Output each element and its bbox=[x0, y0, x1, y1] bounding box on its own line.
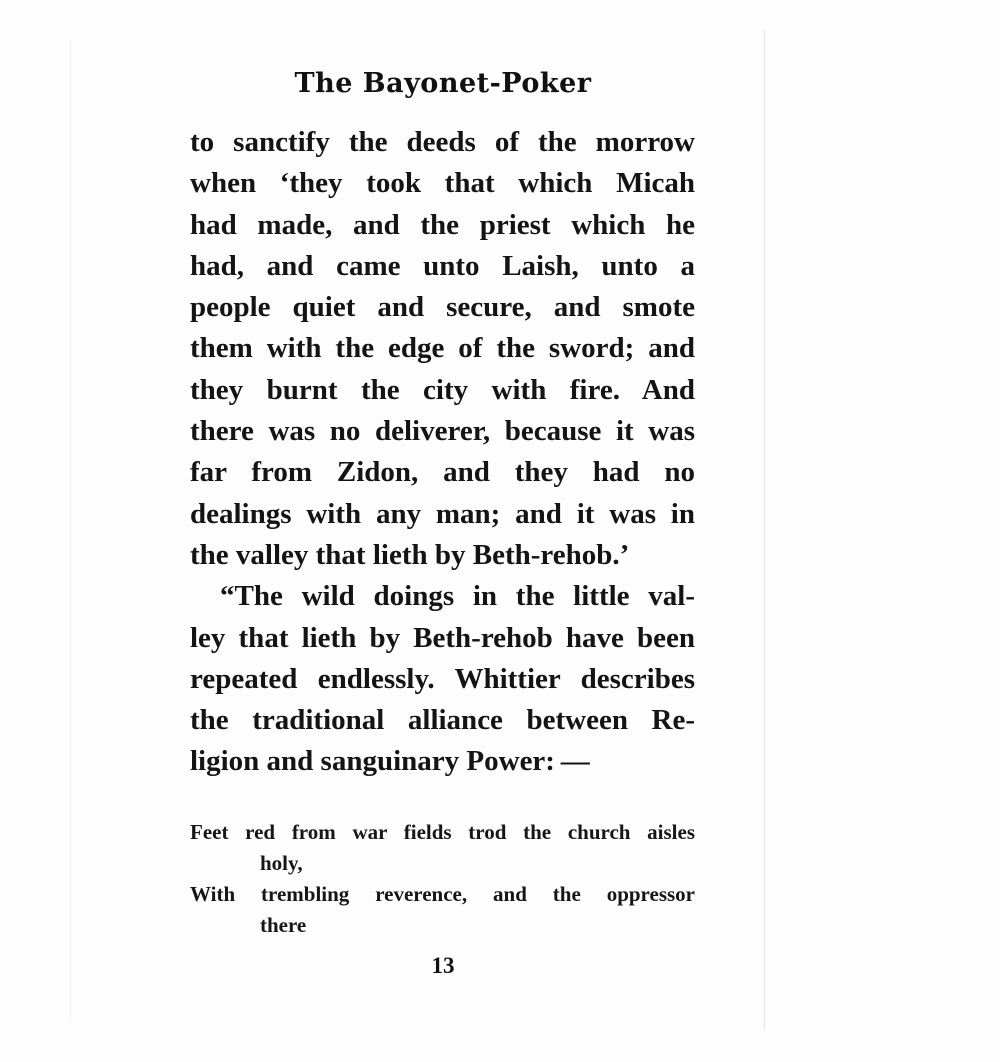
body-line: had, and came unto Laish, unto a bbox=[190, 246, 695, 287]
body-text: to sanctify the deeds of the morrow when… bbox=[190, 122, 695, 783]
body-line: when ‘they took that which Micah bbox=[190, 163, 695, 204]
page-edge-right bbox=[764, 30, 765, 1030]
body-line-paragraph-end: ligion and sanguinary Power: — bbox=[190, 741, 695, 782]
page-edge-left bbox=[70, 40, 71, 1020]
body-line: dealings with any man; and it was in bbox=[190, 494, 695, 535]
body-line: to sanctify the deeds of the morrow bbox=[190, 122, 695, 163]
body-line: them with the edge of the sword; and bbox=[190, 328, 695, 369]
body-line: they burnt the city with fire. And bbox=[190, 370, 695, 411]
page-number: 13 bbox=[400, 953, 486, 979]
verse-line: With trembling reverence, and the oppres… bbox=[190, 879, 695, 910]
verse-line-continuation: there bbox=[190, 910, 695, 941]
body-line-paragraph-end: the valley that lieth by Beth-rehob.’ bbox=[190, 535, 695, 576]
body-line-paragraph-start: “The wild doings in the little val- bbox=[190, 576, 695, 617]
body-line: repeated endlessly. Whittier describes bbox=[190, 659, 695, 700]
verse-quotation: Feet red from war fields trod the church… bbox=[190, 817, 695, 941]
verse-line-continuation: holy, bbox=[190, 848, 695, 879]
running-head: The Bayonet-Poker bbox=[0, 68, 886, 99]
verse-line: Feet red from war fields trod the church… bbox=[190, 817, 695, 848]
body-line: had made, and the priest which he bbox=[190, 205, 695, 246]
body-line: the traditional alliance between Re- bbox=[190, 700, 695, 741]
body-line: ley that lieth by Beth-rehob have been bbox=[190, 618, 695, 659]
body-line: people quiet and secure, and smote bbox=[190, 287, 695, 328]
body-line: far from Zidon, and they had no bbox=[190, 452, 695, 493]
body-line: there was no deliverer, because it was bbox=[190, 411, 695, 452]
